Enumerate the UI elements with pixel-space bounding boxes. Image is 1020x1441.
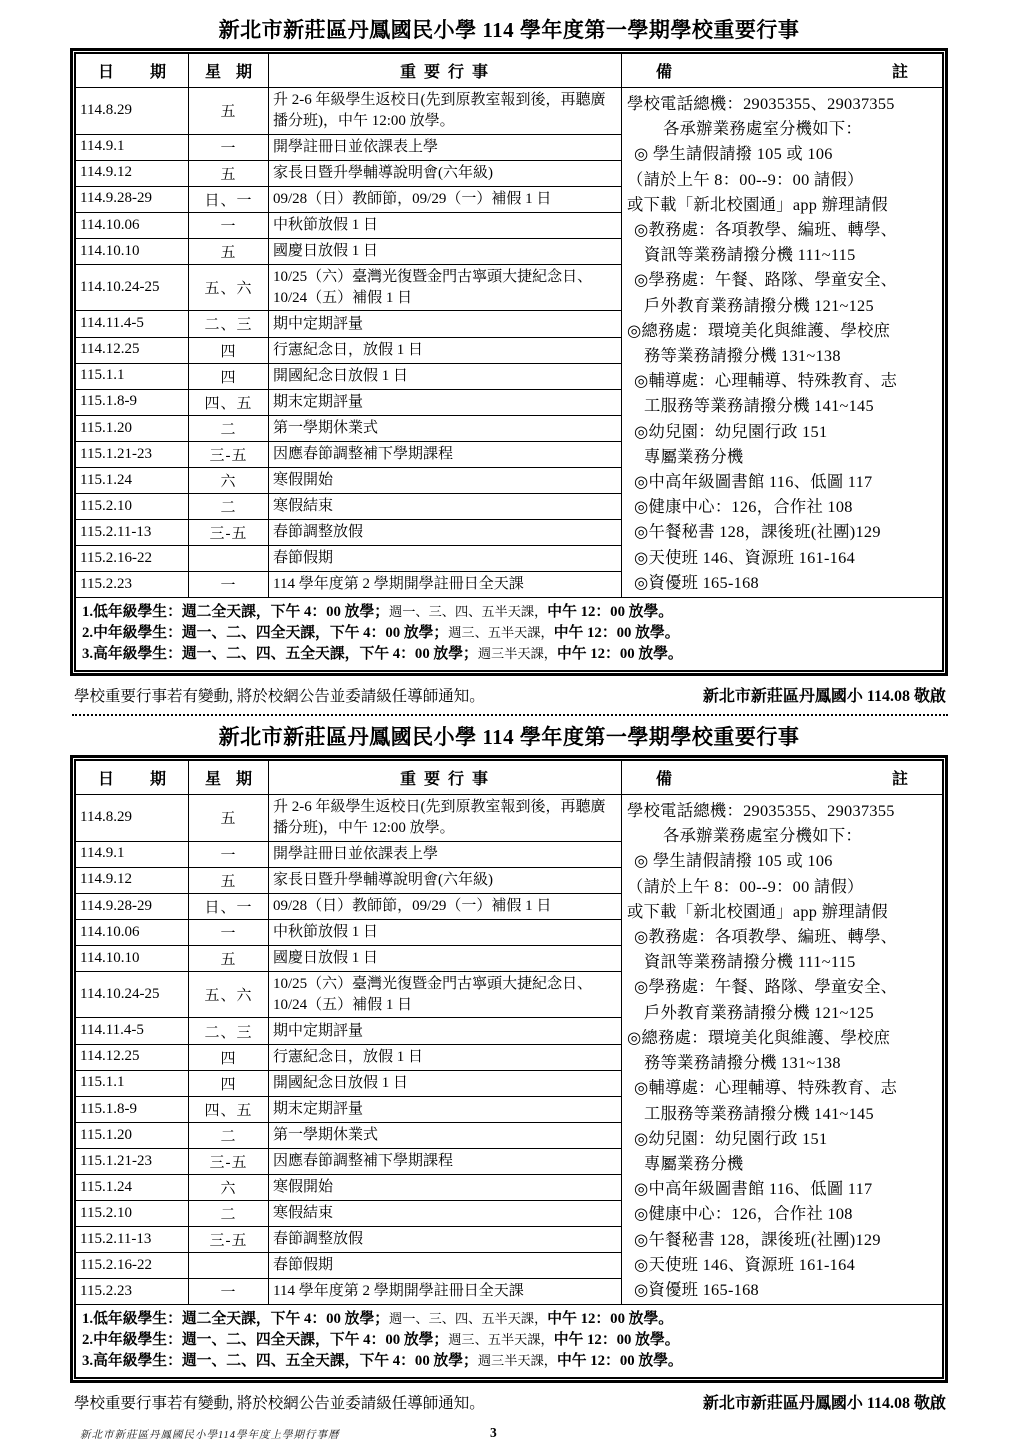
calendar-table: 日期 星期 重 要 行 事 備註 114.8.29五升 2-6 年級學生返校日(… (70, 48, 948, 676)
col-header-event: 重 要 行 事 (269, 761, 622, 795)
note-line: ◎午餐秘書 128，課後班(社團)129 (627, 519, 940, 544)
weekday-cell: 日、一 (189, 893, 269, 919)
document-page: 新北市新莊區丹鳳國民小學 114 學年度第一學期學校重要行事 日期 星期 重 要… (0, 0, 1020, 1441)
event-cell: 因應春節調整補下學期課程 (269, 1148, 622, 1174)
date-cell: 115.1.24 (76, 467, 189, 493)
change-notice: 學校重要行事若有變動, 將於校網公告並委請級任導師通知。 (74, 684, 485, 706)
date-cell: 115.1.20 (76, 1122, 189, 1148)
note-line: ◎資優班 165-168 (627, 570, 940, 595)
weekday-cell (189, 546, 269, 572)
weekday-cell: 五 (189, 238, 269, 264)
date-cell: 114.10.06 (76, 212, 189, 238)
weekday-cell: 三-五 (189, 520, 269, 546)
header-char: 期 (236, 59, 252, 82)
weekday-cell: 二 (189, 1201, 269, 1227)
event-cell: 第一學期休業式 (269, 1122, 622, 1148)
event-cell: 升 2-6 年級學生返校日(先到原教室報到後，再聽廣播分班)，中午 12:00 … (269, 795, 622, 842)
weekday-cell: 五 (189, 945, 269, 971)
calendar-row: 114.8.29五升 2-6 年級學生返校日(先到原教室報到後，再聽廣播分班)，… (76, 795, 943, 842)
weekday-cell: 五 (189, 795, 269, 842)
schedule-note-dismiss: 中午 12：00 放學。 (557, 1353, 683, 1369)
note-line: ◎ 學生請假請撥 105 或 106 (627, 141, 940, 166)
schedule-note-halfday: 週三半天課， (478, 1353, 557, 1368)
header-char: 註 (892, 59, 908, 82)
header-char: 期 (150, 766, 166, 789)
event-cell: 寒假結束 (269, 493, 622, 519)
note-line: ◎健康中心：126，合作社 108 (627, 1201, 940, 1226)
date-cell: 114.9.1 (76, 841, 189, 867)
date-cell: 114.10.24-25 (76, 264, 189, 311)
header-char: 備 (656, 59, 672, 82)
schedule-note-main: 3.高年級學生：週一、二、四、五全天課，下午 4：00 放學； (82, 646, 478, 662)
schedule-note-dismiss: 中午 12：00 放學。 (554, 625, 680, 641)
weekday-cell: 一 (189, 571, 269, 597)
date-cell: 114.9.12 (76, 160, 189, 186)
schedule-note-line: 1.低年級學生：週二全天課，下午 4：00 放學；週一、三、四、五半天課，中午 … (82, 602, 940, 623)
col-header-note: 備註 (622, 54, 943, 88)
event-cell: 春節假期 (269, 1253, 622, 1279)
event-cell: 開學註冊日並依課表上學 (269, 134, 622, 160)
col-header-date: 日期 (76, 761, 189, 795)
date-cell: 115.1.8-9 (76, 389, 189, 415)
doc-footer-title: 新北市新莊區丹鳳國民小學114學年度上學期行事曆 (80, 1427, 339, 1441)
schedule-notes-row: 1.低年級學生：週二全天課，下午 4：00 放學；週一、三、四、五半天課，中午 … (76, 1305, 943, 1378)
event-cell: 中秋節放假 1 日 (269, 919, 622, 945)
schedule-notes-cell: 1.低年級學生：週二全天課，下午 4：00 放學；週一、三、四、五半天課，中午 … (76, 1305, 943, 1378)
header-row: 日期 星期 重 要 行 事 備註 (76, 761, 943, 795)
date-cell: 114.10.10 (76, 945, 189, 971)
note-line: 資訊等業務請撥分機 111~115 (627, 949, 940, 974)
date-cell: 114.8.29 (76, 88, 189, 135)
note-line: ◎資優班 165-168 (627, 1277, 940, 1302)
header-char: 星 (205, 59, 221, 82)
date-cell: 114.9.28-29 (76, 893, 189, 919)
schedule-note-line: 2.中年級學生：週一、二、四全天課，下午 4：00 放學；週三、五半天課，中午 … (82, 1330, 940, 1351)
date-cell: 115.2.11-13 (76, 1227, 189, 1253)
date-cell: 114.9.28-29 (76, 186, 189, 212)
note-line: ◎天使班 146、資源班 161-164 (627, 545, 940, 570)
event-cell: 114 學年度第 2 學期開學註冊日全天課 (269, 1278, 622, 1304)
note-line: ◎總務處：環境美化與維護、學校庶 (627, 1025, 940, 1050)
weekday-cell (189, 1253, 269, 1279)
date-cell: 115.2.23 (76, 571, 189, 597)
event-cell: 09/28（日）教師節，09/29（一）補假 1 日 (269, 186, 622, 212)
note-line: ◎教務處：各項教學、編班、轉學、 (627, 924, 940, 949)
event-cell: 中秋節放假 1 日 (269, 212, 622, 238)
schedule-note-line: 3.高年級學生：週一、二、四、五全天課，下午 4：00 放學；週三半天課，中午 … (82, 1351, 940, 1372)
note-line: 專屬業務分機 (627, 1151, 940, 1176)
event-cell: 10/25（六）臺灣光復暨金門古寧頭大捷紀念日、10/24（五）補假 1 日 (269, 971, 622, 1018)
page-footer: 新北市新莊區丹鳳國民小學114學年度上學期行事曆 3 (70, 1425, 948, 1441)
note-line: ◎輔導處：心理輔導、特殊教育、志 (627, 1075, 940, 1100)
event-cell: 寒假結束 (269, 1201, 622, 1227)
weekday-cell: 二 (189, 415, 269, 441)
weekday-cell: 五、六 (189, 971, 269, 1018)
weekday-cell: 五 (189, 867, 269, 893)
date-cell: 114.12.25 (76, 1044, 189, 1070)
event-cell: 期中定期評量 (269, 311, 622, 337)
date-cell: 115.1.1 (76, 363, 189, 389)
schedule-note-halfday: 週三、五半天課， (448, 625, 554, 640)
header-char: 期 (150, 59, 166, 82)
date-cell: 115.2.10 (76, 493, 189, 519)
note-line: （請於上午 8：00--9：00 請假） (627, 874, 940, 899)
below-table-row: 學校重要行事若有變動, 將於校網公告並委請級任導師通知。 新北市新莊區丹鳳國小 … (74, 683, 946, 706)
page-number: 3 (490, 1425, 497, 1441)
event-cell: 升 2-6 年級學生返校日(先到原教室報到後，再聽廣播分班)，中午 12:00 … (269, 88, 622, 135)
col-header-note: 備註 (622, 761, 943, 795)
calendar-section-top: 新北市新莊區丹鳳國民小學 114 學年度第一學期學校重要行事 日期 星期 重 要… (70, 14, 948, 706)
note-line: ◎ 學生請假請撥 105 或 106 (627, 848, 940, 873)
date-cell: 114.11.4-5 (76, 311, 189, 337)
schedule-note-main: 1.低年級學生：週二全天課，下午 4：00 放學； (82, 604, 389, 620)
event-cell: 開國紀念日放假 1 日 (269, 1070, 622, 1096)
calendar-table-inner: 日期 星期 重 要 行 事 備註 114.8.29五升 2-6 年級學生返校日(… (74, 52, 944, 672)
event-cell: 10/25（六）臺灣光復暨金門古寧頭大捷紀念日、10/24（五）補假 1 日 (269, 264, 622, 311)
note-line: 工服務等業務請撥分機 141~145 (627, 393, 940, 418)
note-line: ◎幼兒園：幼兒園行政 151 (627, 1126, 940, 1151)
schedule-note-halfday: 週一、三、四、五半天課， (389, 604, 547, 619)
schedule-note-dismiss: 中午 12：00 放學。 (554, 1332, 680, 1348)
schedule-note-main: 2.中年級學生：週一、二、四全天課，下午 4：00 放學； (82, 625, 448, 641)
date-cell: 115.1.21-23 (76, 1148, 189, 1174)
event-cell: 家長日暨升學輔導說明會(六年級) (269, 867, 622, 893)
section-title: 新北市新莊區丹鳳國民小學 114 學年度第一學期學校重要行事 (70, 721, 948, 751)
date-cell: 114.9.1 (76, 134, 189, 160)
date-cell: 115.1.1 (76, 1070, 189, 1096)
header-char: 備 (656, 766, 672, 789)
weekday-cell: 一 (189, 212, 269, 238)
school-signoff: 新北市新莊區丹鳳國小 114.08 敬啟 (703, 1390, 946, 1413)
weekday-cell: 三-五 (189, 441, 269, 467)
date-cell: 114.8.29 (76, 795, 189, 842)
event-cell: 期末定期評量 (269, 1096, 622, 1122)
event-cell: 期末定期評量 (269, 389, 622, 415)
section-title: 新北市新莊區丹鳳國民小學 114 學年度第一學期學校重要行事 (70, 14, 948, 44)
date-cell: 114.10.10 (76, 238, 189, 264)
header-char: 日 (98, 766, 114, 789)
schedule-note-main: 1.低年級學生：週二全天課，下午 4：00 放學； (82, 1311, 389, 1327)
schedule-notes-cell: 1.低年級學生：週二全天課，下午 4：00 放學；週一、三、四、五半天課，中午 … (76, 598, 943, 671)
schedule-note-halfday: 週三半天課， (478, 646, 557, 661)
note-line: 學校電話總機：29035355、29037355 (627, 798, 940, 823)
note-line: 戶外教育業務請撥分機 121~125 (627, 1000, 940, 1025)
weekday-cell: 四、五 (189, 1096, 269, 1122)
event-cell: 寒假開始 (269, 467, 622, 493)
date-cell: 115.2.10 (76, 1201, 189, 1227)
calendar-row: 114.8.29五升 2-6 年級學生返校日(先到原教室報到後，再聽廣播分班)，… (76, 88, 943, 135)
note-line: ◎教務處：各項教學、編班、轉學、 (627, 217, 940, 242)
weekday-cell: 一 (189, 919, 269, 945)
note-line: ◎學務處：午餐、路隊、學童安全、 (627, 974, 940, 999)
event-cell: 家長日暨升學輔導說明會(六年級) (269, 160, 622, 186)
date-cell: 115.2.16-22 (76, 546, 189, 572)
event-cell: 期中定期評量 (269, 1018, 622, 1044)
date-cell: 115.2.16-22 (76, 1253, 189, 1279)
date-cell: 114.11.4-5 (76, 1018, 189, 1044)
schedule-note-halfday: 週一、三、四、五半天課， (389, 1311, 547, 1326)
note-line: ◎健康中心：126，合作社 108 (627, 494, 940, 519)
schedule-note-main: 2.中年級學生：週一、二、四全天課，下午 4：00 放學； (82, 1332, 448, 1348)
change-notice: 學校重要行事若有變動, 將於校網公告並委請級任導師通知。 (74, 1391, 485, 1413)
weekday-cell: 五 (189, 88, 269, 135)
col-header-week: 星期 (189, 761, 269, 795)
date-cell: 115.2.11-13 (76, 520, 189, 546)
below-table-row: 學校重要行事若有變動, 將於校網公告並委請級任導師通知。 新北市新莊區丹鳳國小 … (74, 1390, 946, 1413)
weekday-cell: 二 (189, 1122, 269, 1148)
date-cell: 114.12.25 (76, 337, 189, 363)
weekday-cell: 四、五 (189, 389, 269, 415)
note-line: 專屬業務分機 (627, 444, 940, 469)
note-line: 工服務等業務請撥分機 141~145 (627, 1101, 940, 1126)
date-cell: 115.1.24 (76, 1174, 189, 1200)
event-cell: 春節假期 (269, 546, 622, 572)
school-signoff: 新北市新莊區丹鳳國小 114.08 敬啟 (703, 683, 946, 706)
note-line: ◎天使班 146、資源班 161-164 (627, 1252, 940, 1277)
weekday-cell: 一 (189, 1278, 269, 1304)
event-cell: 國慶日放假 1 日 (269, 945, 622, 971)
note-line: 各承辦業務處室分機如下： (627, 823, 940, 848)
note-line: ◎中高年級圖書館 116、低圖 117 (627, 1176, 940, 1201)
note-line: 或下載「新北校園通」app 辦理請假 (627, 899, 940, 924)
schedule-note-halfday: 週三、五半天課， (448, 1332, 554, 1347)
weekday-cell: 四 (189, 337, 269, 363)
note-line: 資訊等業務請撥分機 111~115 (627, 242, 940, 267)
date-cell: 114.9.12 (76, 867, 189, 893)
schedule-note-line: 2.中年級學生：週一、二、四全天課，下午 4：00 放學；週三、五半天課，中午 … (82, 623, 940, 644)
event-cell: 第一學期休業式 (269, 415, 622, 441)
weekday-cell: 二 (189, 493, 269, 519)
event-cell: 春節調整放假 (269, 1227, 622, 1253)
weekday-cell: 六 (189, 467, 269, 493)
note-line: 或下載「新北校園通」app 辦理請假 (627, 192, 940, 217)
calendar-table: 日期 星期 重 要 行 事 備註 114.8.29五升 2-6 年級學生返校日(… (70, 755, 948, 1383)
date-cell: 114.10.06 (76, 919, 189, 945)
schedule-note-line: 1.低年級學生：週二全天課，下午 4：00 放學；週一、三、四、五半天課，中午 … (82, 1309, 940, 1330)
event-cell: 行憲紀念日，放假 1 日 (269, 337, 622, 363)
note-line: ◎學務處：午餐、路隊、學童安全、 (627, 267, 940, 292)
event-cell: 寒假開始 (269, 1174, 622, 1200)
event-cell: 開國紀念日放假 1 日 (269, 363, 622, 389)
date-cell: 115.1.21-23 (76, 441, 189, 467)
event-cell: 因應春節調整補下學期課程 (269, 441, 622, 467)
date-cell: 115.1.20 (76, 415, 189, 441)
header-char: 註 (892, 766, 908, 789)
weekday-cell: 一 (189, 841, 269, 867)
schedule-note-dismiss: 中午 12：00 放學。 (547, 1311, 673, 1327)
weekday-cell: 五、六 (189, 264, 269, 311)
note-line: ◎總務處：環境美化與維護、學校庶 (627, 318, 940, 343)
weekday-cell: 四 (189, 363, 269, 389)
note-line: 各承辦業務處室分機如下： (627, 116, 940, 141)
notes-cell: 學校電話總機：29035355、29037355各承辦業務處室分機如下：◎ 學生… (622, 88, 943, 598)
dotted-separator (72, 714, 948, 716)
header-char: 期 (236, 766, 252, 789)
weekday-cell: 三-五 (189, 1148, 269, 1174)
event-cell: 行憲紀念日，放假 1 日 (269, 1044, 622, 1070)
header-char: 星 (205, 766, 221, 789)
event-cell: 114 學年度第 2 學期開學註冊日全天課 (269, 571, 622, 597)
event-cell: 國慶日放假 1 日 (269, 238, 622, 264)
col-header-date: 日期 (76, 54, 189, 88)
date-cell: 115.1.8-9 (76, 1096, 189, 1122)
schedule-notes-row: 1.低年級學生：週二全天課，下午 4：00 放學；週一、三、四、五半天課，中午 … (76, 598, 943, 671)
note-line: 務等業務請撥分機 131~138 (627, 343, 940, 368)
note-line: 務等業務請撥分機 131~138 (627, 1050, 940, 1075)
schedule-note-dismiss: 中午 12：00 放學。 (557, 646, 683, 662)
schedule-note-line: 3.高年級學生：週一、二、四、五全天課，下午 4：00 放學；週三半天課，中午 … (82, 644, 940, 665)
calendar-section-bottom: 新北市新莊區丹鳳國民小學 114 學年度第一學期學校重要行事 日期 星期 重 要… (70, 721, 948, 1413)
weekday-cell: 五 (189, 160, 269, 186)
weekday-cell: 日、一 (189, 186, 269, 212)
note-line: 學校電話總機：29035355、29037355 (627, 91, 940, 116)
notes-cell: 學校電話總機：29035355、29037355各承辦業務處室分機如下：◎ 學生… (622, 795, 943, 1305)
weekday-cell: 四 (189, 1044, 269, 1070)
note-line: ◎輔導處：心理輔導、特殊教育、志 (627, 368, 940, 393)
col-header-week: 星期 (189, 54, 269, 88)
weekday-cell: 三-五 (189, 1227, 269, 1253)
event-cell: 春節調整放假 (269, 520, 622, 546)
schedule-note-dismiss: 中午 12：00 放學。 (547, 604, 673, 620)
weekday-cell: 二、三 (189, 1018, 269, 1044)
note-line: ◎中高年級圖書館 116、低圖 117 (627, 469, 940, 494)
weekday-cell: 四 (189, 1070, 269, 1096)
note-line: ◎午餐秘書 128，課後班(社團)129 (627, 1227, 940, 1252)
header-char: 日 (98, 59, 114, 82)
event-cell: 09/28（日）教師節，09/29（一）補假 1 日 (269, 893, 622, 919)
note-line: 戶外教育業務請撥分機 121~125 (627, 293, 940, 318)
weekday-cell: 六 (189, 1174, 269, 1200)
date-cell: 114.10.24-25 (76, 971, 189, 1018)
schedule-note-main: 3.高年級學生：週一、二、四、五全天課，下午 4：00 放學； (82, 1353, 478, 1369)
event-cell: 開學註冊日並依課表上學 (269, 841, 622, 867)
header-row: 日期 星期 重 要 行 事 備註 (76, 54, 943, 88)
note-line: ◎幼兒園：幼兒園行政 151 (627, 419, 940, 444)
weekday-cell: 二、三 (189, 311, 269, 337)
note-line: （請於上午 8：00--9：00 請假） (627, 167, 940, 192)
calendar-table-inner: 日期 星期 重 要 行 事 備註 114.8.29五升 2-6 年級學生返校日(… (74, 759, 944, 1379)
weekday-cell: 一 (189, 134, 269, 160)
col-header-event: 重 要 行 事 (269, 54, 622, 88)
date-cell: 115.2.23 (76, 1278, 189, 1304)
